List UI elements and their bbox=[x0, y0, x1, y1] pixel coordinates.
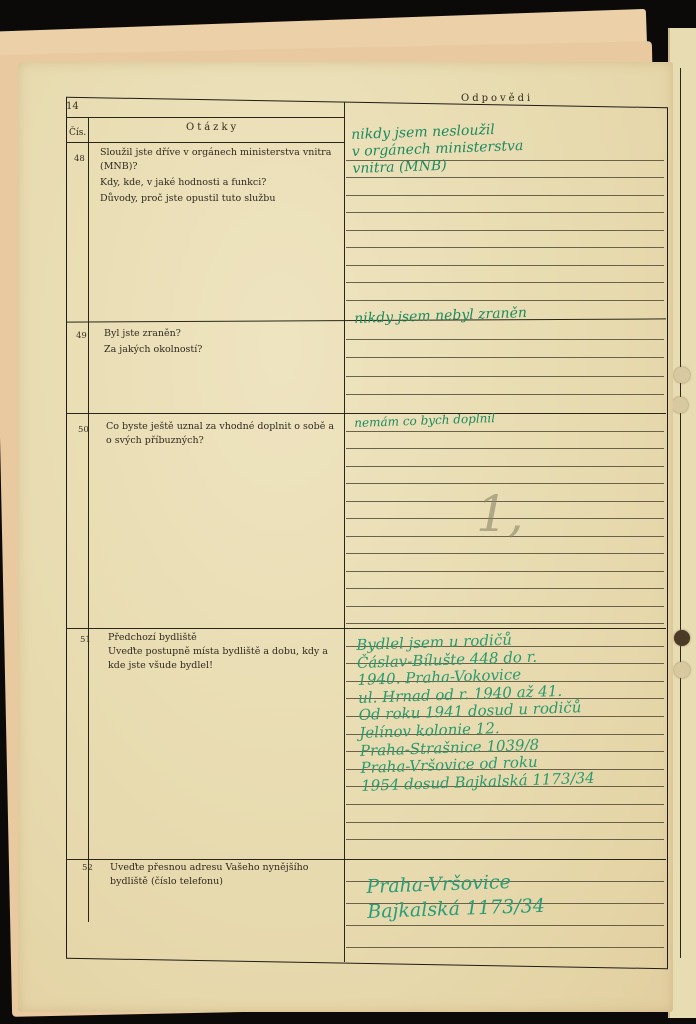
answer-rule-line bbox=[346, 571, 664, 572]
pencil-mark: 1, bbox=[476, 485, 524, 543]
question-line: Kdy, kde, v jaké hodnosti a funkci? bbox=[100, 176, 340, 190]
question-line: Byl jste zraněn? bbox=[104, 327, 339, 341]
answer-rule-line bbox=[346, 230, 664, 231]
answer-rule-line bbox=[346, 588, 664, 589]
answer-rule-line bbox=[346, 247, 664, 248]
answer-rule-line bbox=[346, 448, 664, 449]
answer-rule-line bbox=[346, 925, 664, 926]
question-number: 51 bbox=[80, 635, 91, 645]
question-line: Uveďte postupně místa bydliště a dobu, k… bbox=[108, 645, 341, 673]
binding-hole bbox=[674, 662, 690, 678]
divider bbox=[66, 142, 344, 143]
answer-rule-line bbox=[346, 483, 664, 484]
question-line: Předchozí bydliště bbox=[108, 631, 341, 645]
binding-hole bbox=[672, 397, 688, 413]
answer-rule-line bbox=[346, 376, 664, 377]
answer-48: nikdy jsem nesloužil v orgánech minister… bbox=[351, 121, 524, 178]
answer-rule-line bbox=[346, 804, 664, 805]
answer-rule-line bbox=[346, 947, 664, 948]
answer-rule-line bbox=[346, 177, 664, 178]
answer-rule-line bbox=[346, 623, 664, 624]
answer-rule-line bbox=[346, 282, 664, 283]
adjacent-page-rule bbox=[680, 68, 681, 958]
question-line: Za jakých okolností? bbox=[104, 343, 339, 357]
column-divider bbox=[88, 117, 89, 922]
question-52: Uveďte přesnou adresu Vašeho nynějšího b… bbox=[110, 861, 345, 889]
questionnaire-table: Odpovědi Čís. Otázky 48 Sloužil jste dří… bbox=[66, 75, 666, 965]
question-51: Předchozí bydliště Uveďte postupně místa… bbox=[108, 631, 341, 675]
number-column-header: Čís. bbox=[69, 128, 86, 138]
question-number: 49 bbox=[76, 331, 87, 341]
question-number: 50 bbox=[78, 425, 89, 435]
answer-rule-line bbox=[346, 300, 664, 301]
answer-rule-line bbox=[346, 466, 664, 467]
column-divider bbox=[344, 102, 345, 962]
divider bbox=[66, 117, 344, 118]
binding-hole bbox=[674, 630, 690, 646]
answer-rule-line bbox=[346, 265, 664, 266]
answer-rule-line bbox=[346, 339, 664, 340]
answer-rule-line bbox=[346, 839, 664, 840]
question-line: Důvody, proč jste opustil tuto službu bbox=[100, 192, 340, 206]
answer-rule-line bbox=[346, 195, 664, 196]
question-48: Sloužil jste dříve v orgánech ministerst… bbox=[100, 146, 340, 208]
answer-rule-line bbox=[346, 431, 664, 432]
row-divider bbox=[66, 859, 666, 860]
answer-rule-line bbox=[346, 606, 664, 607]
answer-rule-line bbox=[346, 357, 664, 358]
answer-rule-line bbox=[346, 553, 664, 554]
question-number: 52 bbox=[82, 863, 93, 873]
binding-hole bbox=[674, 367, 690, 383]
answer-rule-line bbox=[346, 394, 664, 395]
answers-column-header: Odpovědi bbox=[461, 93, 533, 104]
questions-column-header: Otázky bbox=[186, 122, 239, 133]
question-50: Co byste ještě uznal za vhodné doplnit o… bbox=[106, 420, 341, 448]
answer-51: Bydlel jsem u rodičů Čáslav-Bílušte 448 … bbox=[356, 629, 595, 795]
answer-52: Praha-Vršovice Bajkalská 1173/34 bbox=[366, 869, 545, 925]
answer-rule-line bbox=[346, 212, 664, 213]
question-number: 48 bbox=[74, 154, 85, 164]
question-49: Byl jste zraněn? Za jakých okolností? bbox=[104, 327, 339, 359]
question-line: Sloužil jste dříve v orgánech ministerst… bbox=[100, 146, 340, 174]
answer-rule-line bbox=[346, 822, 664, 823]
